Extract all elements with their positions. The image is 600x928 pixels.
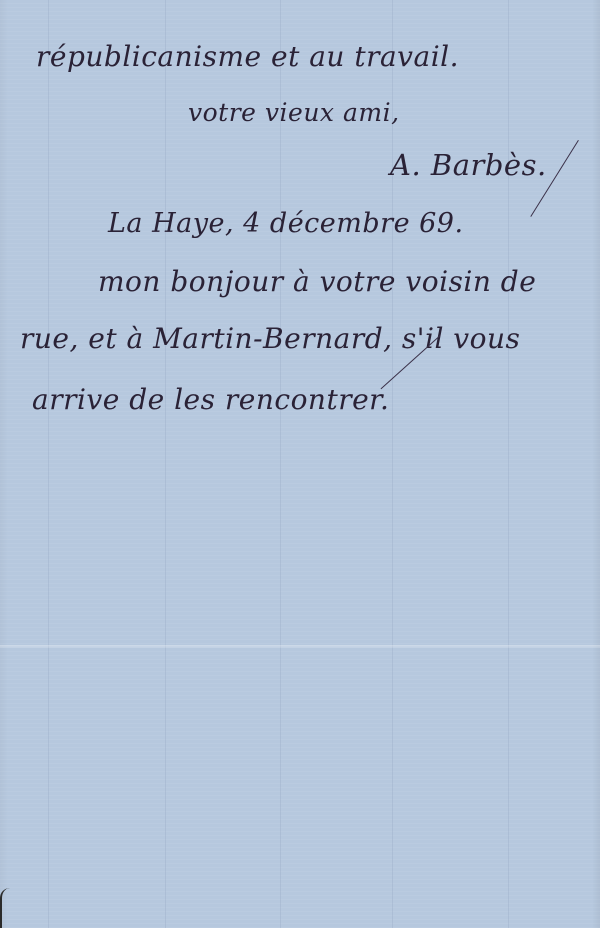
letter-line-6: rue, et à Martin-Bernard, s'il vous bbox=[20, 322, 520, 355]
paper-fold-line bbox=[508, 0, 509, 928]
signature: A. Barbès. bbox=[390, 148, 547, 182]
paper-fold-line bbox=[392, 0, 393, 928]
letter-closing: votre vieux ami, bbox=[188, 98, 400, 127]
letter-line-5: mon bonjour à votre voisin de bbox=[98, 265, 536, 298]
place-date-line: La Haye, 4 décembre 69. bbox=[108, 208, 464, 239]
letter-line-7: arrive de les rencontrer. bbox=[32, 383, 389, 416]
letter-page: républicanisme et au travail. votre vieu… bbox=[0, 0, 600, 928]
paper-fold-line bbox=[48, 0, 49, 928]
paper-crease bbox=[0, 645, 600, 648]
letter-line-1: républicanisme et au travail. bbox=[36, 40, 459, 73]
page-edge-curl bbox=[0, 888, 12, 928]
paper-fold-line bbox=[165, 0, 166, 928]
paper-fold-line bbox=[280, 0, 281, 928]
